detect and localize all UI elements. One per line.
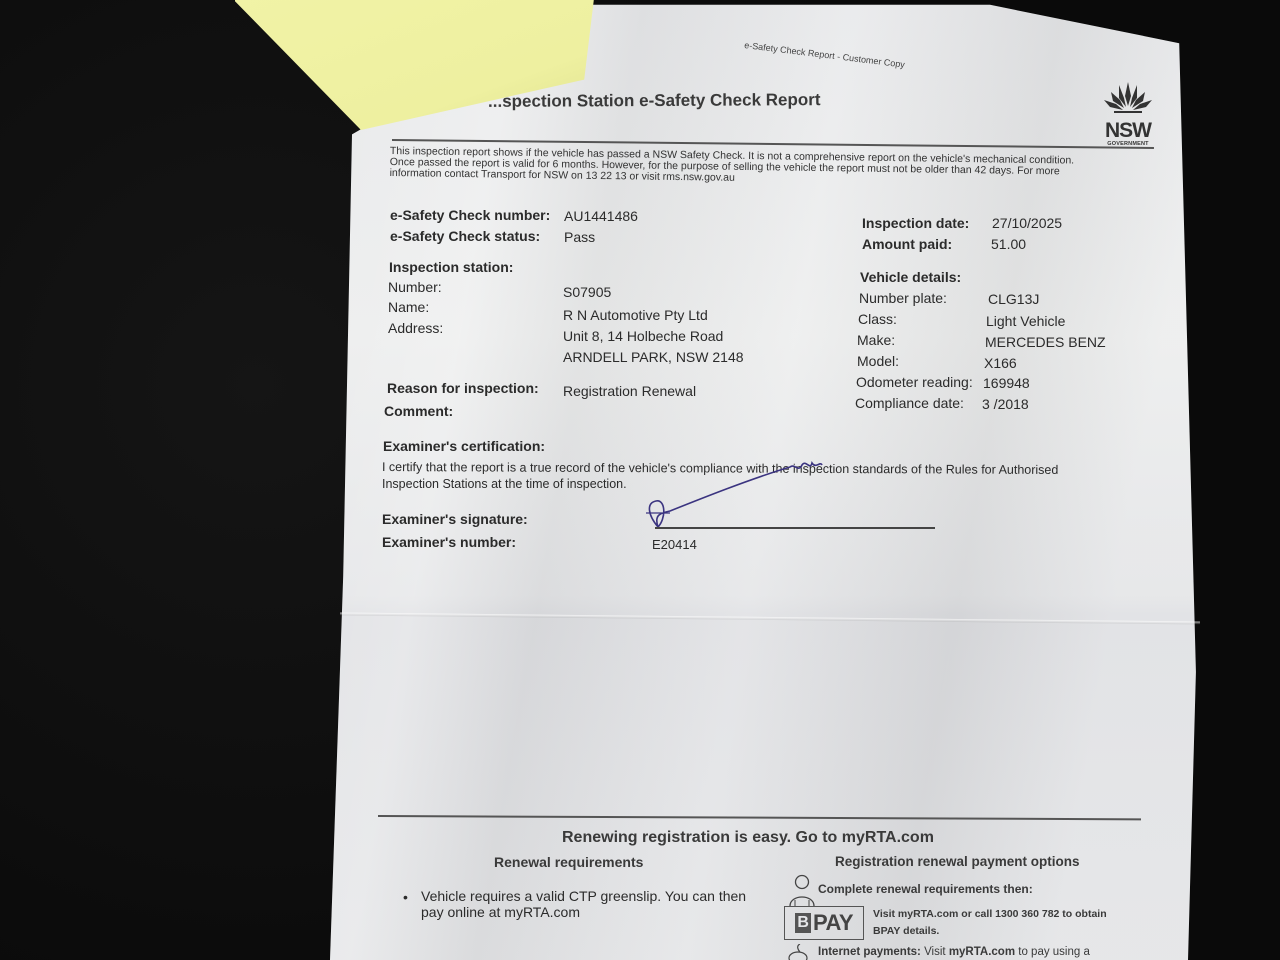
signature-line (655, 527, 935, 529)
report-content: e-Safety Check Report - Customer Copy ..… (0, 0, 1280, 960)
requirements-heading: Renewal requirements (494, 854, 643, 870)
plate-label: Number plate: (859, 290, 947, 306)
report-title: ...spection Station e-Safety Check Repor… (488, 90, 821, 112)
compliance-value: 3 /2018 (982, 396, 1029, 412)
complete-requirements-text: Complete renewal requirements then: (818, 882, 1033, 896)
station-number-label: Number: (388, 279, 442, 295)
station-address-line1: Unit 8, 14 Holbeche Road (563, 328, 723, 344)
inspection-date-label: Inspection date: (862, 215, 969, 231)
internet-payments-label: Internet payments: (818, 946, 921, 958)
compliance-label: Compliance date: (855, 395, 964, 411)
comment-label: Comment: (384, 403, 453, 419)
examiner-number-value: E20414 (652, 537, 697, 552)
signature-label: Examiner's signature: (382, 511, 528, 527)
check-status-value: Pass (564, 229, 595, 245)
station-heading: Inspection station: (389, 259, 513, 275)
model-label: Model: (857, 353, 899, 369)
internet-text: Visit (921, 946, 949, 958)
requirement-line2: pay online at myRTA.com (421, 904, 580, 920)
odometer-value: 169948 (983, 375, 1030, 391)
bpay-line2: BPAY details. (873, 925, 939, 937)
footer-divider (378, 815, 1141, 820)
amount-paid-label: Amount paid: (862, 236, 952, 252)
model-value: X166 (984, 355, 1017, 371)
make-value: MERCEDES BENZ (985, 334, 1106, 350)
odometer-label: Odometer reading: (856, 374, 973, 390)
examiner-signature (640, 455, 860, 535)
nsw-government-logo: NSW GOVERNMENT (1098, 80, 1158, 150)
payment-heading: Registration renewal payment options (835, 854, 1080, 869)
bpay-logo: BPAY (784, 906, 864, 940)
internet-payments-text: Internet payments: Visit myRTA.com to pa… (818, 946, 1090, 958)
station-address-label: Address: (388, 320, 443, 336)
internet-text: to pay using a (1015, 946, 1090, 958)
class-label: Class: (858, 311, 897, 327)
examiner-number-label: Examiner's number: (382, 534, 516, 550)
footer-headline: Renewing registration is easy. Go to myR… (562, 829, 934, 847)
reason-value: Registration Renewal (563, 383, 696, 399)
amount-paid-value: 51.00 (991, 236, 1026, 252)
inspection-date-value: 27/10/2025 (992, 215, 1062, 231)
class-value: Light Vehicle (986, 313, 1065, 329)
logo-nsw-text: NSW (1098, 121, 1158, 141)
requirement-bullet: • (403, 889, 408, 905)
requirement-line1: Vehicle requires a valid CTP greenslip. … (421, 888, 746, 904)
bpay-logo-text: PAY (813, 910, 853, 936)
plate-value: CLG13J (988, 291, 1039, 307)
waratah-icon (1102, 80, 1154, 114)
certification-heading: Examiner's certification: (383, 438, 545, 454)
person-icon (788, 874, 816, 906)
bpay-mark-icon: B (795, 913, 811, 933)
computer-mouse-icon (786, 944, 812, 960)
station-name-value: R N Automotive Pty Ltd (563, 307, 708, 323)
check-number-label: e-Safety Check number: (390, 207, 550, 223)
intro-text: This inspection report shows if the vehi… (390, 146, 1075, 189)
check-number-value: AU1441486 (564, 208, 638, 224)
station-address-line2: ARNDELL PARK, NSW 2148 (563, 349, 744, 365)
certification-line2: Inspection Stations at the time of inspe… (382, 477, 627, 491)
copy-label: e-Safety Check Report - Customer Copy (744, 40, 906, 70)
bpay-line1: Visit myRTA.com or call 1300 360 782 to … (873, 908, 1107, 920)
reason-label: Reason for inspection: (387, 380, 539, 396)
vehicle-heading: Vehicle details: (860, 269, 961, 285)
station-number-value: S07905 (563, 284, 611, 300)
check-status-label: e-Safety Check status: (390, 228, 540, 244)
make-label: Make: (857, 332, 895, 348)
station-name-label: Name: (388, 299, 429, 315)
myrta-link[interactable]: myRTA.com (949, 946, 1015, 958)
